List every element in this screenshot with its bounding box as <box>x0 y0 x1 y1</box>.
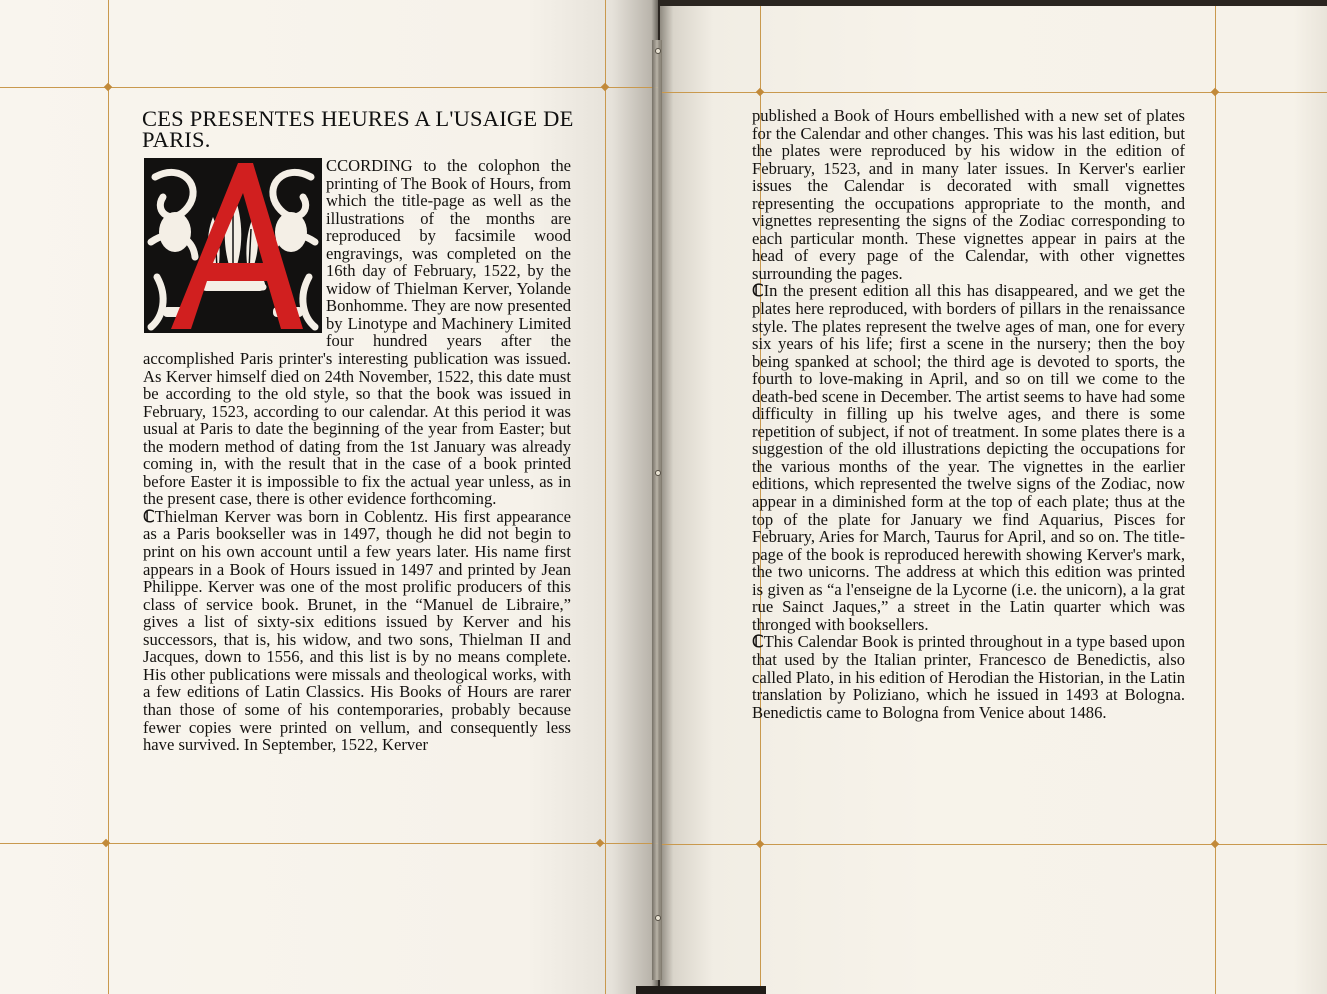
book-spread: CES PRESENTES HEURES A L'USAIGE DE PARIS… <box>0 0 1327 994</box>
left-page: CES PRESENTES HEURES A L'USAIGE DE PARIS… <box>0 0 658 994</box>
guide-intersection-icon <box>601 83 609 91</box>
binding-stitch-icon <box>655 915 661 921</box>
paragraph: ℂIn the present edition all this has dis… <box>752 282 1185 633</box>
guide-line-horizontal <box>0 843 658 844</box>
book-gutter <box>652 40 662 980</box>
guide-intersection-icon <box>104 83 112 91</box>
guide-intersection-icon <box>1211 840 1219 848</box>
paragraph-mark-icon: ℂ <box>143 507 155 526</box>
guide-line-horizontal <box>0 87 658 88</box>
guide-line-vertical <box>605 0 606 994</box>
left-body-text: CCORDING to the colophon the printing of… <box>143 157 571 754</box>
paragraph-mark-icon: ℂ <box>752 632 764 651</box>
bottom-shadow <box>636 986 766 994</box>
guide-intersection-icon <box>596 839 604 847</box>
binding-stitch-icon <box>655 48 661 54</box>
paragraph: ℂThis Calendar Book is printed throughou… <box>752 633 1185 721</box>
paragraph-mark-icon: ℂ <box>752 281 764 300</box>
page-title: CES PRESENTES HEURES A L'USAIGE DE PARIS… <box>142 108 582 150</box>
paragraph: ℂThielman Kerver was born in Coblentz. H… <box>143 508 571 754</box>
binding-stitch-icon <box>655 470 661 476</box>
guide-intersection-icon <box>756 88 764 96</box>
guide-intersection-icon <box>1211 88 1219 96</box>
right-body-text: published a Book of Hours embellished wi… <box>752 107 1185 721</box>
paragraph: published a Book of Hours embellished wi… <box>752 107 1185 282</box>
illuminated-initial-a-icon <box>143 157 323 334</box>
guide-intersection-icon <box>756 840 764 848</box>
